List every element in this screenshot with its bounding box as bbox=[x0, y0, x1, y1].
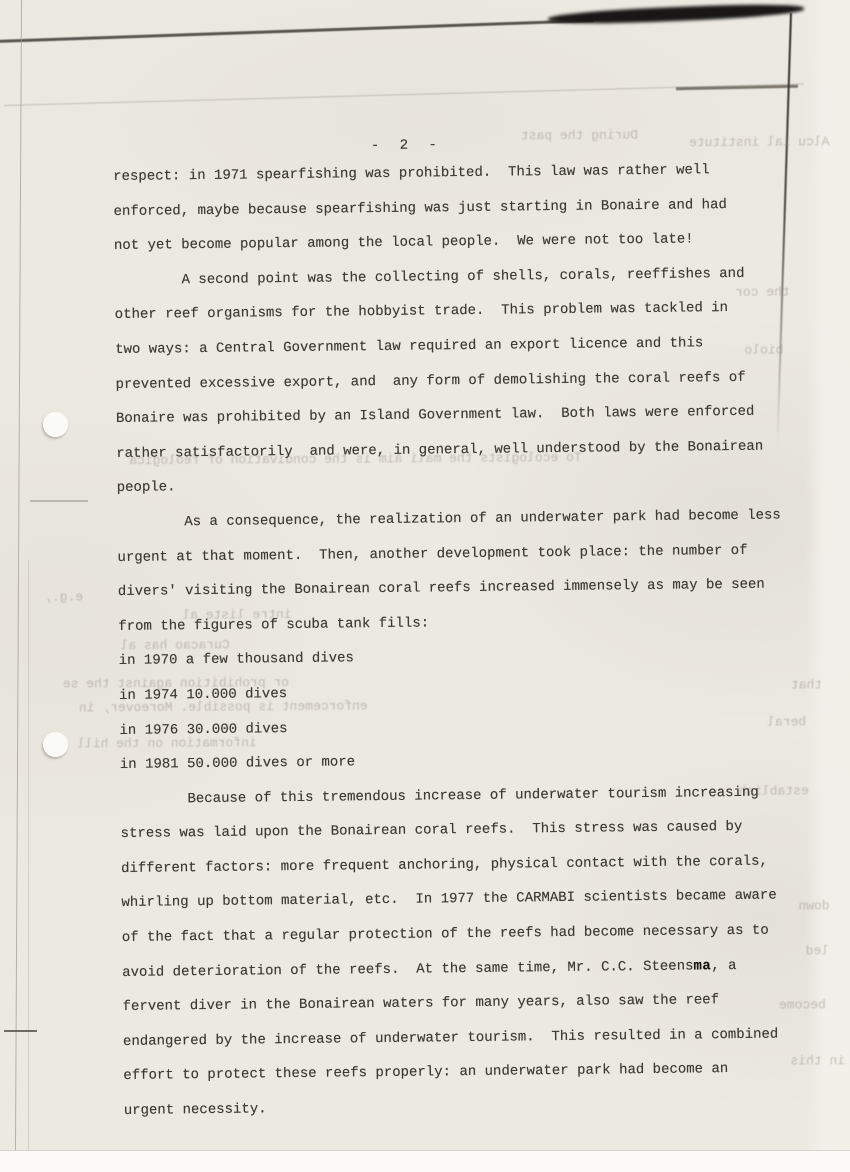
scanned-page: During the past Alcu ial institute the c… bbox=[0, 0, 850, 1172]
typewritten-text: - 2 - respect: in 1971 spearfishing was … bbox=[113, 152, 814, 1128]
hole-punch bbox=[43, 732, 68, 757]
text-segment: avoid deterioration of the reefs. At the… bbox=[122, 958, 693, 980]
typed-over-correction: ma bbox=[693, 958, 711, 974]
page-number: - 2 - bbox=[371, 128, 443, 163]
hole-punch bbox=[43, 412, 68, 437]
text-segment: , a bbox=[711, 958, 736, 974]
scan-bottom-margin bbox=[0, 1150, 850, 1172]
